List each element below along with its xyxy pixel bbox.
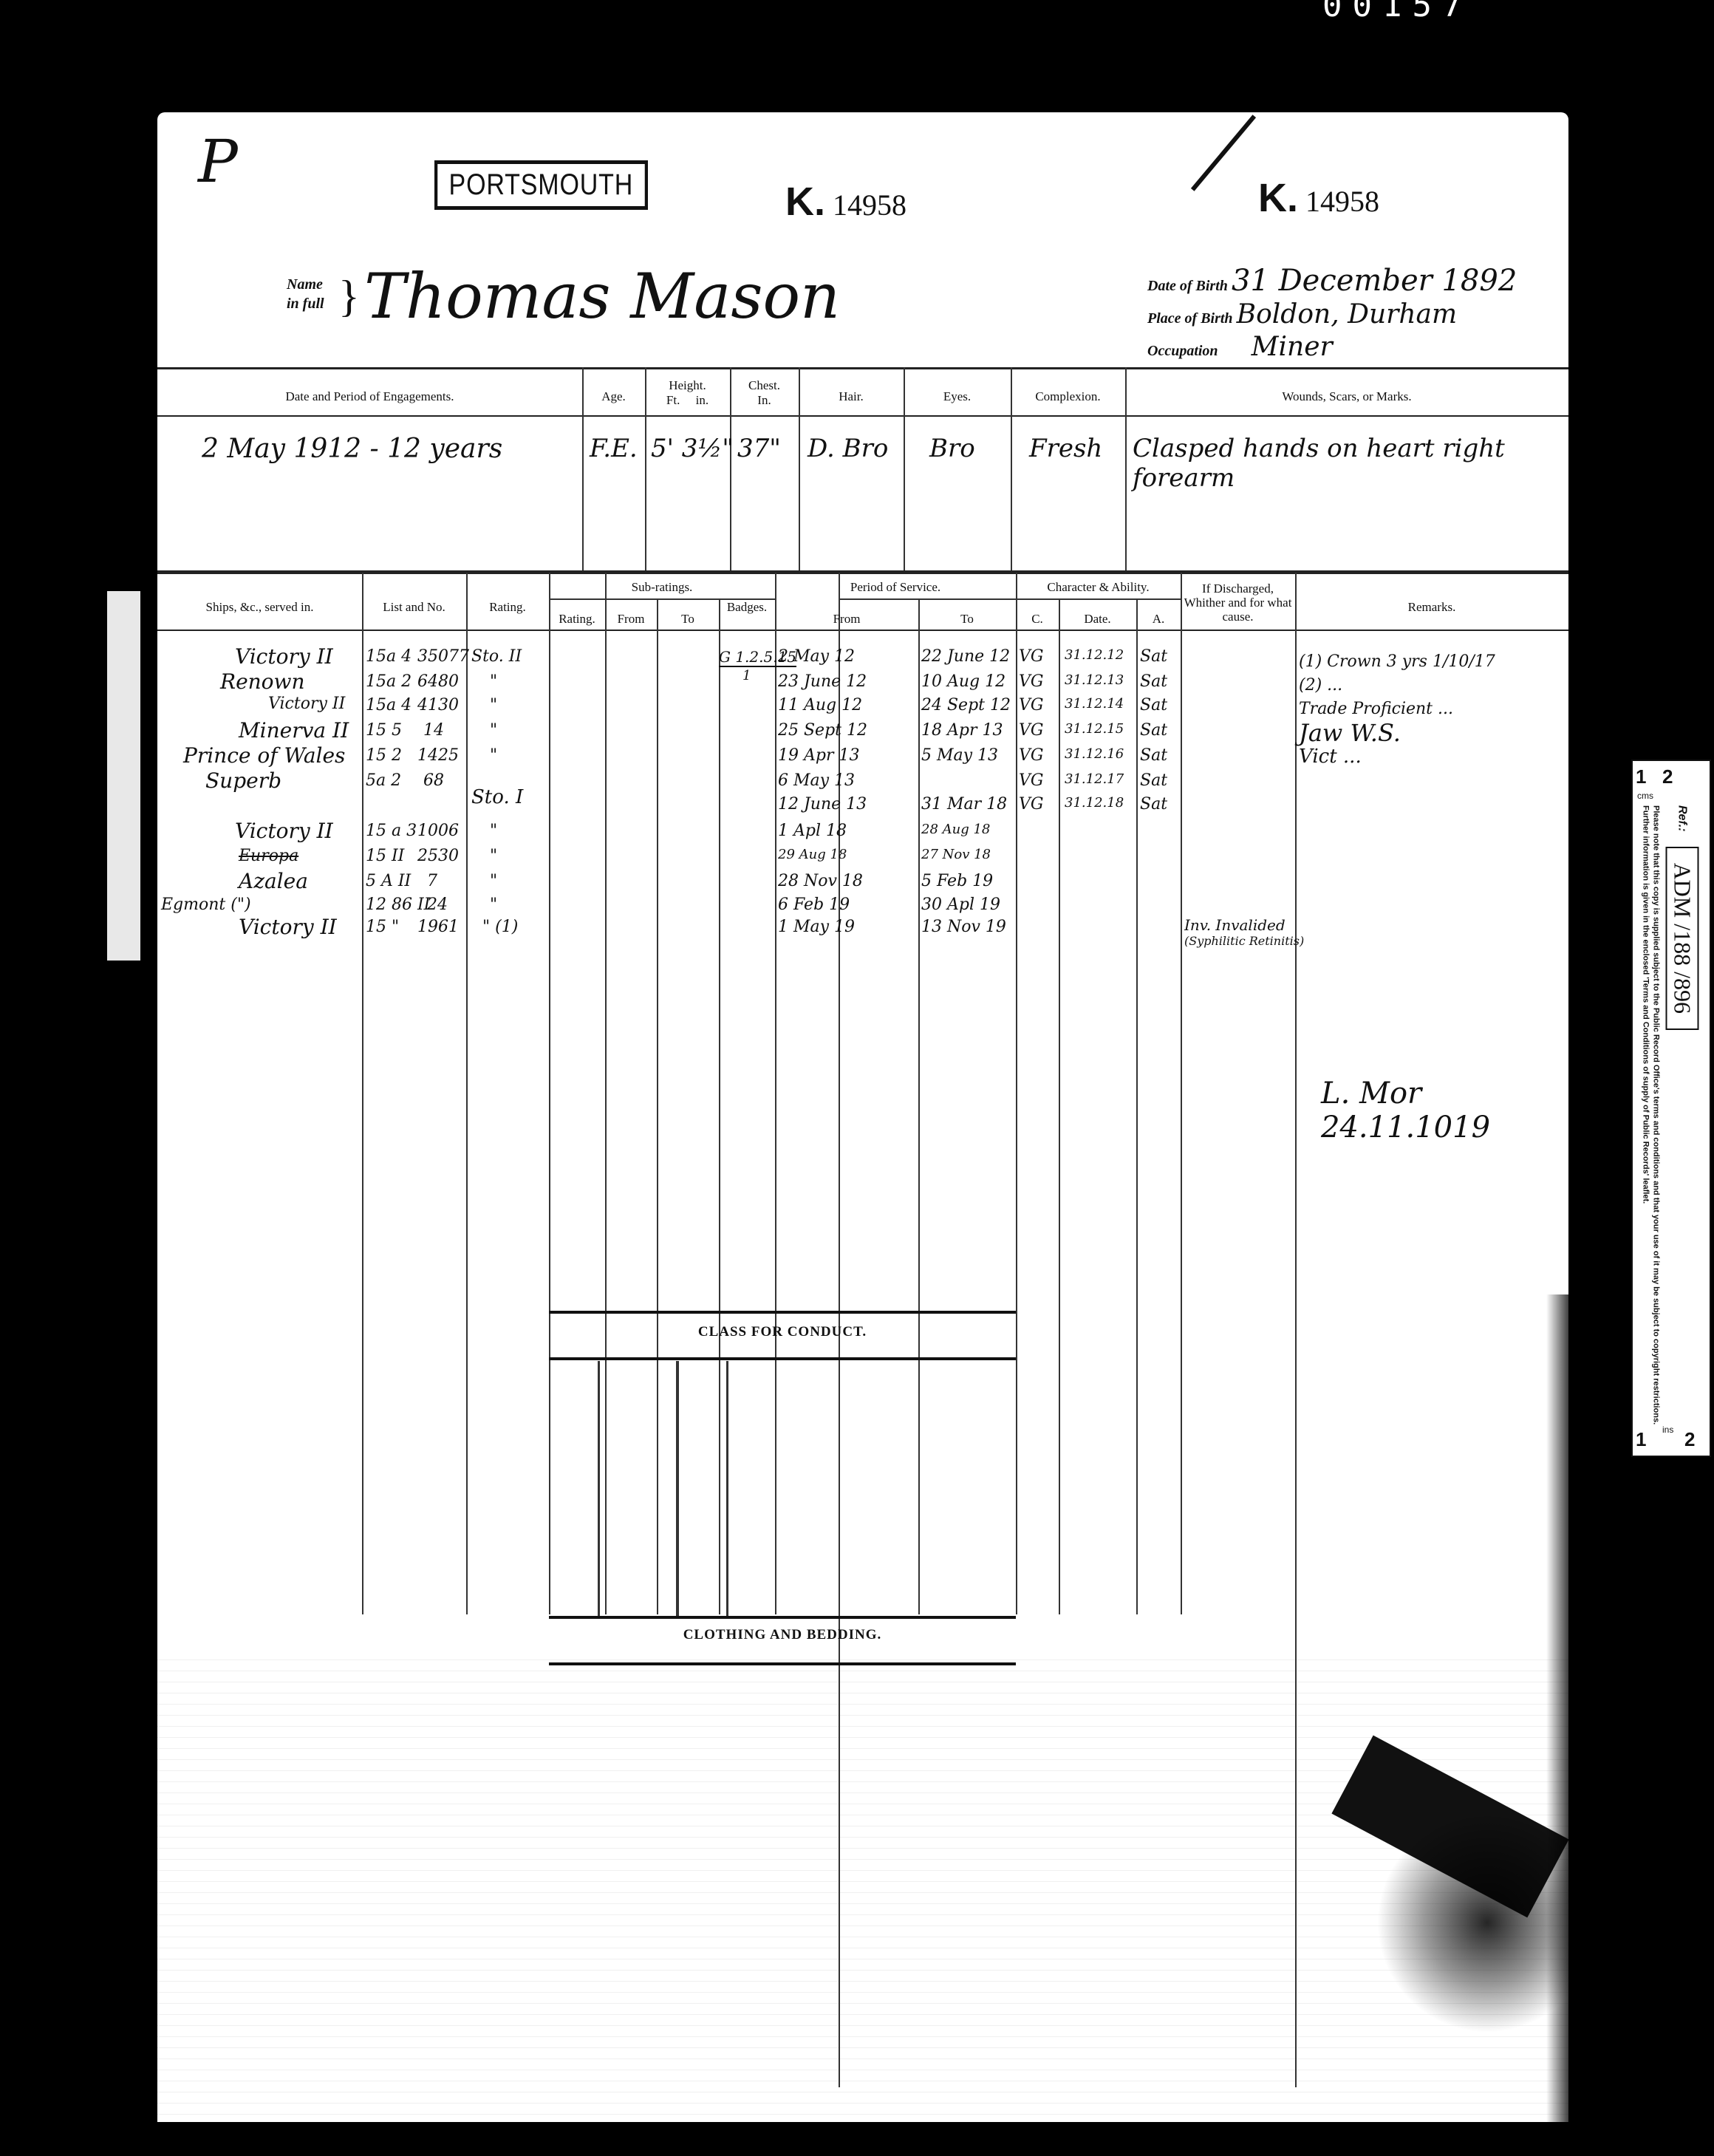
col-header-character: Character & Ability. bbox=[1016, 580, 1181, 595]
service-prefix: K. bbox=[1258, 176, 1298, 220]
col-header-period-to: To bbox=[918, 612, 1016, 627]
name-label: Name in full bbox=[287, 275, 324, 313]
clothing-and-bedding-title: CLOTHING AND BEDDING. bbox=[549, 1627, 1016, 1643]
col-header-remarks: Remarks. bbox=[1295, 600, 1568, 615]
col-header-discharged: If Discharged, Whither and for what caus… bbox=[1181, 581, 1295, 624]
col-header-complexion: Complexion. bbox=[1011, 389, 1125, 404]
scale-mark: 2 bbox=[1684, 1428, 1695, 1451]
col-header-rating: Rating. bbox=[466, 600, 549, 615]
discharge-note: Inv. Invalided (Syphilitic Retinitis) bbox=[1184, 916, 1304, 948]
col-header-eyes: Eyes. bbox=[904, 389, 1011, 404]
col-header-hair: Hair. bbox=[799, 389, 904, 404]
col-header-char-c: C. bbox=[1016, 612, 1059, 627]
remark: (1) Crown 3 yrs 1/10/17 bbox=[1299, 650, 1495, 674]
col-header-sub-ratings: Sub-ratings. bbox=[549, 580, 775, 595]
date-of-birth: 31 December 1892 bbox=[1232, 264, 1517, 298]
birth-details: Date of Birth 31 December 1892 Place of … bbox=[1147, 264, 1517, 362]
divider bbox=[157, 415, 1568, 417]
col-header-char-date: Date. bbox=[1059, 612, 1136, 627]
col-header-chest: Chest. In. bbox=[730, 378, 799, 408]
badge-count: 1 bbox=[742, 668, 751, 683]
service-number: 14958 bbox=[833, 188, 906, 222]
service-number-left: K. 14958 bbox=[785, 179, 906, 225]
ref-block: Ref.: ADM /188 /896 Please note that thi… bbox=[1641, 805, 1699, 1441]
remark: (2) ... bbox=[1299, 674, 1495, 697]
remark: Vict ... bbox=[1299, 745, 1495, 768]
height-value: 5' 3½" bbox=[651, 434, 734, 463]
col-header-marks: Wounds, Scars, or Marks. bbox=[1125, 389, 1568, 404]
col-header-ships: Ships, &c., served in. bbox=[157, 600, 362, 615]
service-prefix: K. bbox=[785, 180, 825, 224]
name-brace: } bbox=[338, 271, 360, 322]
occupation: Miner bbox=[1252, 332, 1333, 362]
copyright-notice: Please note that this copy is supplied s… bbox=[1641, 805, 1662, 1426]
ref-value: ADM /188 /896 bbox=[1666, 847, 1699, 1030]
adjacent-page-edge bbox=[107, 591, 140, 961]
scale-mark: 1 bbox=[1636, 1428, 1646, 1451]
col-header-list-no: List and No. bbox=[362, 600, 466, 615]
remarks-signature: L. Mor 24.11.1019 bbox=[1321, 1077, 1568, 1144]
scale-mark: 2 bbox=[1662, 765, 1673, 788]
remarks-list: (1) Crown 3 yrs 1/10/17 (2) ... Trade Pr… bbox=[1299, 650, 1495, 768]
service-number-right: K. 14958 bbox=[1258, 175, 1379, 221]
marks-value: Clasped hands on heart right forearm bbox=[1133, 434, 1505, 493]
remark: Trade Proficient ... bbox=[1299, 697, 1495, 721]
col-header-period-from: From bbox=[775, 612, 918, 627]
divider bbox=[157, 630, 1568, 631]
place-of-birth: Boldon, Durham bbox=[1237, 299, 1457, 330]
chest-value: 37" bbox=[737, 434, 781, 463]
division-stamp: PORTSMOUTH bbox=[434, 160, 648, 210]
corner-mark: P bbox=[198, 127, 238, 196]
divider bbox=[157, 573, 1568, 574]
col-header-period: Period of Service. bbox=[775, 580, 1016, 595]
col-header-height: Height. Ft. in. bbox=[645, 378, 730, 408]
col-header-sub-to: To bbox=[657, 612, 719, 627]
divider bbox=[157, 367, 1568, 369]
archive-reference-tag: 1 2 cms Ref.: ADM /188 /896 Please note … bbox=[1631, 760, 1711, 1457]
eyes-value: Bro bbox=[929, 434, 975, 463]
check-slash-mark bbox=[1191, 115, 1256, 191]
service-number: 14958 bbox=[1305, 185, 1379, 218]
col-header-char-a: A. bbox=[1136, 612, 1181, 627]
service-record-page: P PORTSMOUTH K. 14958 K. 14958 Name in f… bbox=[157, 112, 1568, 2122]
complexion-value: Fresh bbox=[1029, 434, 1102, 463]
age-value: F.E. bbox=[590, 434, 638, 463]
frame-number: 00157 bbox=[1322, 0, 1472, 24]
col-header-age: Age. bbox=[582, 389, 645, 404]
col-header-sub-from: From bbox=[605, 612, 657, 627]
full-name: Thomas Mason bbox=[364, 260, 840, 332]
col-header-sub-rating: Rating. bbox=[549, 612, 605, 627]
ruled-lines bbox=[157, 1649, 1568, 2122]
class-for-conduct-title: CLASS FOR CONDUCT. bbox=[549, 1324, 1016, 1340]
edge-shadow bbox=[1546, 1294, 1576, 2129]
scale-mark: 1 bbox=[1636, 765, 1646, 788]
col-header-engagement: Date and Period of Engagements. bbox=[157, 389, 582, 404]
col-header-badges: Badges. bbox=[719, 600, 775, 615]
hair-value: D. Bro bbox=[808, 434, 888, 463]
remark: Jaw W.S. bbox=[1299, 721, 1495, 745]
engagement-value: 2 May 1912 - 12 years bbox=[202, 434, 502, 464]
